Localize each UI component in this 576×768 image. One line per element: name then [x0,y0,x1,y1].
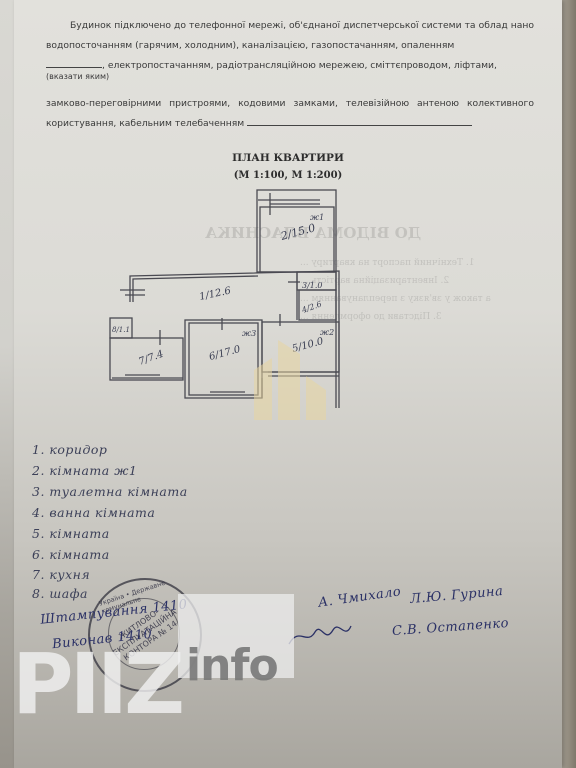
room-label: 1/12.6 [198,285,232,303]
legend-item: 1. коридор [32,442,107,457]
legend-item: 3. туалетна кімната [32,484,188,499]
legend-item: 6. кімната [32,547,110,562]
watermark-brand-left: PIIZ [12,642,181,726]
room-mark: ж2 [320,328,334,337]
legend-item: 5. кімната [32,526,110,541]
legend-item: 4. ванна кімната [32,505,155,520]
watermark-brand-right: info [186,641,278,691]
room-label: 2/15.0 [278,221,316,243]
room-label: 7/7.4 [137,349,165,368]
room-label: 4/2.6 [300,299,323,315]
room-label: 3/1.0 [302,281,323,290]
legend-item: 7. кухня [32,567,90,582]
legend-item: 2. кімната ж1 [32,463,137,478]
room-mark: ж1 [310,213,324,222]
legend-item: 8. шафа [32,586,88,601]
brand-logo-icon [250,340,330,420]
room-mark: ж3 [242,329,256,338]
signature-scribble [285,618,355,648]
room-label: 6/17.0 [208,344,242,363]
room-label: 8/1.1 [112,326,130,334]
